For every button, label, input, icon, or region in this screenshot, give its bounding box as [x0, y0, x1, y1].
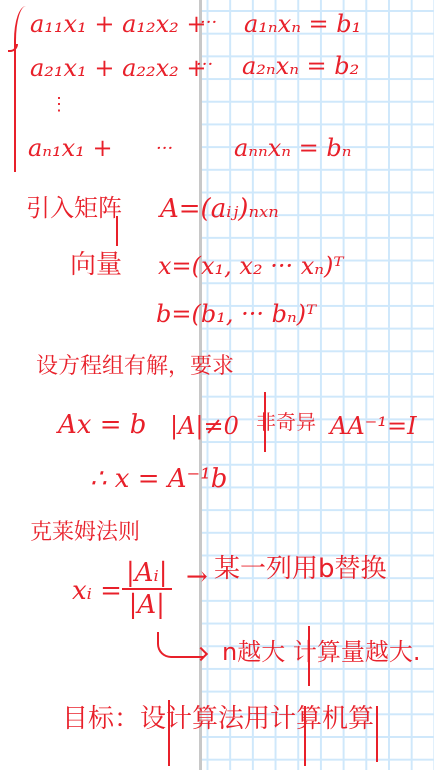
- solvable-inverse: AA⁻¹=I: [330, 414, 417, 438]
- vector-b-formula: b=(b₁, ··· bₙ)ᵀ: [156, 302, 316, 326]
- eq-rown-right: aₙₙxₙ = bₙ: [234, 136, 351, 160]
- eq-rown-left: aₙ₁x₁ +: [28, 136, 113, 160]
- eq-row2-left: a₂₁x₁ + a₂₂x₂ +: [30, 56, 207, 80]
- eq-rown-dots: ···: [156, 140, 173, 158]
- nonsingular-stroke: [264, 392, 266, 452]
- solvable-det: |A|≠0: [170, 414, 239, 438]
- goal-stroke-3: [376, 706, 378, 762]
- solvable-eq: Ax = b: [58, 412, 146, 438]
- vector-intro-label: 向量: [70, 252, 122, 278]
- eq-row1-right: a₁ₙxₙ = b₁: [244, 12, 361, 36]
- eq-row2-right: a₂ₙxₙ = b₂: [242, 54, 359, 78]
- vector-x-formula: x=(x₁, x₂ ··· xₙ)ᵀ: [158, 254, 343, 278]
- matrix-label-stroke: [116, 216, 118, 246]
- goal-label: 目标：设计算法用计算机算: [62, 706, 374, 732]
- matrix-formula: A=(aᵢⱼ)ₙₓₙ: [160, 196, 279, 222]
- cramer-denominator: |A|: [129, 590, 165, 618]
- cramer-lhs: xᵢ =: [72, 578, 122, 604]
- eq-vdots: ⋮: [50, 96, 68, 114]
- cramer-label: 克莱姆法则: [30, 522, 140, 544]
- left-brace: [14, 6, 26, 172]
- solvable-therefore: ∴ x = A⁻¹b: [90, 466, 227, 492]
- cramer-note: 某一列用b替换: [214, 556, 387, 582]
- goal-stroke-1: [168, 700, 170, 766]
- cramer-arrow: →: [186, 564, 208, 590]
- matrix-intro-label: 引入矩阵: [26, 196, 122, 220]
- goal-stroke-2: [304, 706, 306, 766]
- eq-row1-dots: ···: [200, 14, 217, 32]
- cramer-consequence: n越大 计算量越大.: [222, 640, 420, 664]
- eq-row1-left: a₁₁x₁ + a₁₂x₂ +: [30, 12, 207, 36]
- eq-row2-dots: ···: [196, 56, 213, 74]
- cramer-numerator: |Aᵢ|: [122, 560, 172, 590]
- consequence-stroke: [308, 626, 310, 686]
- solvable-label: 设方程组有解，要求: [36, 356, 234, 378]
- cramer-fraction: |Aᵢ| |A|: [122, 560, 172, 618]
